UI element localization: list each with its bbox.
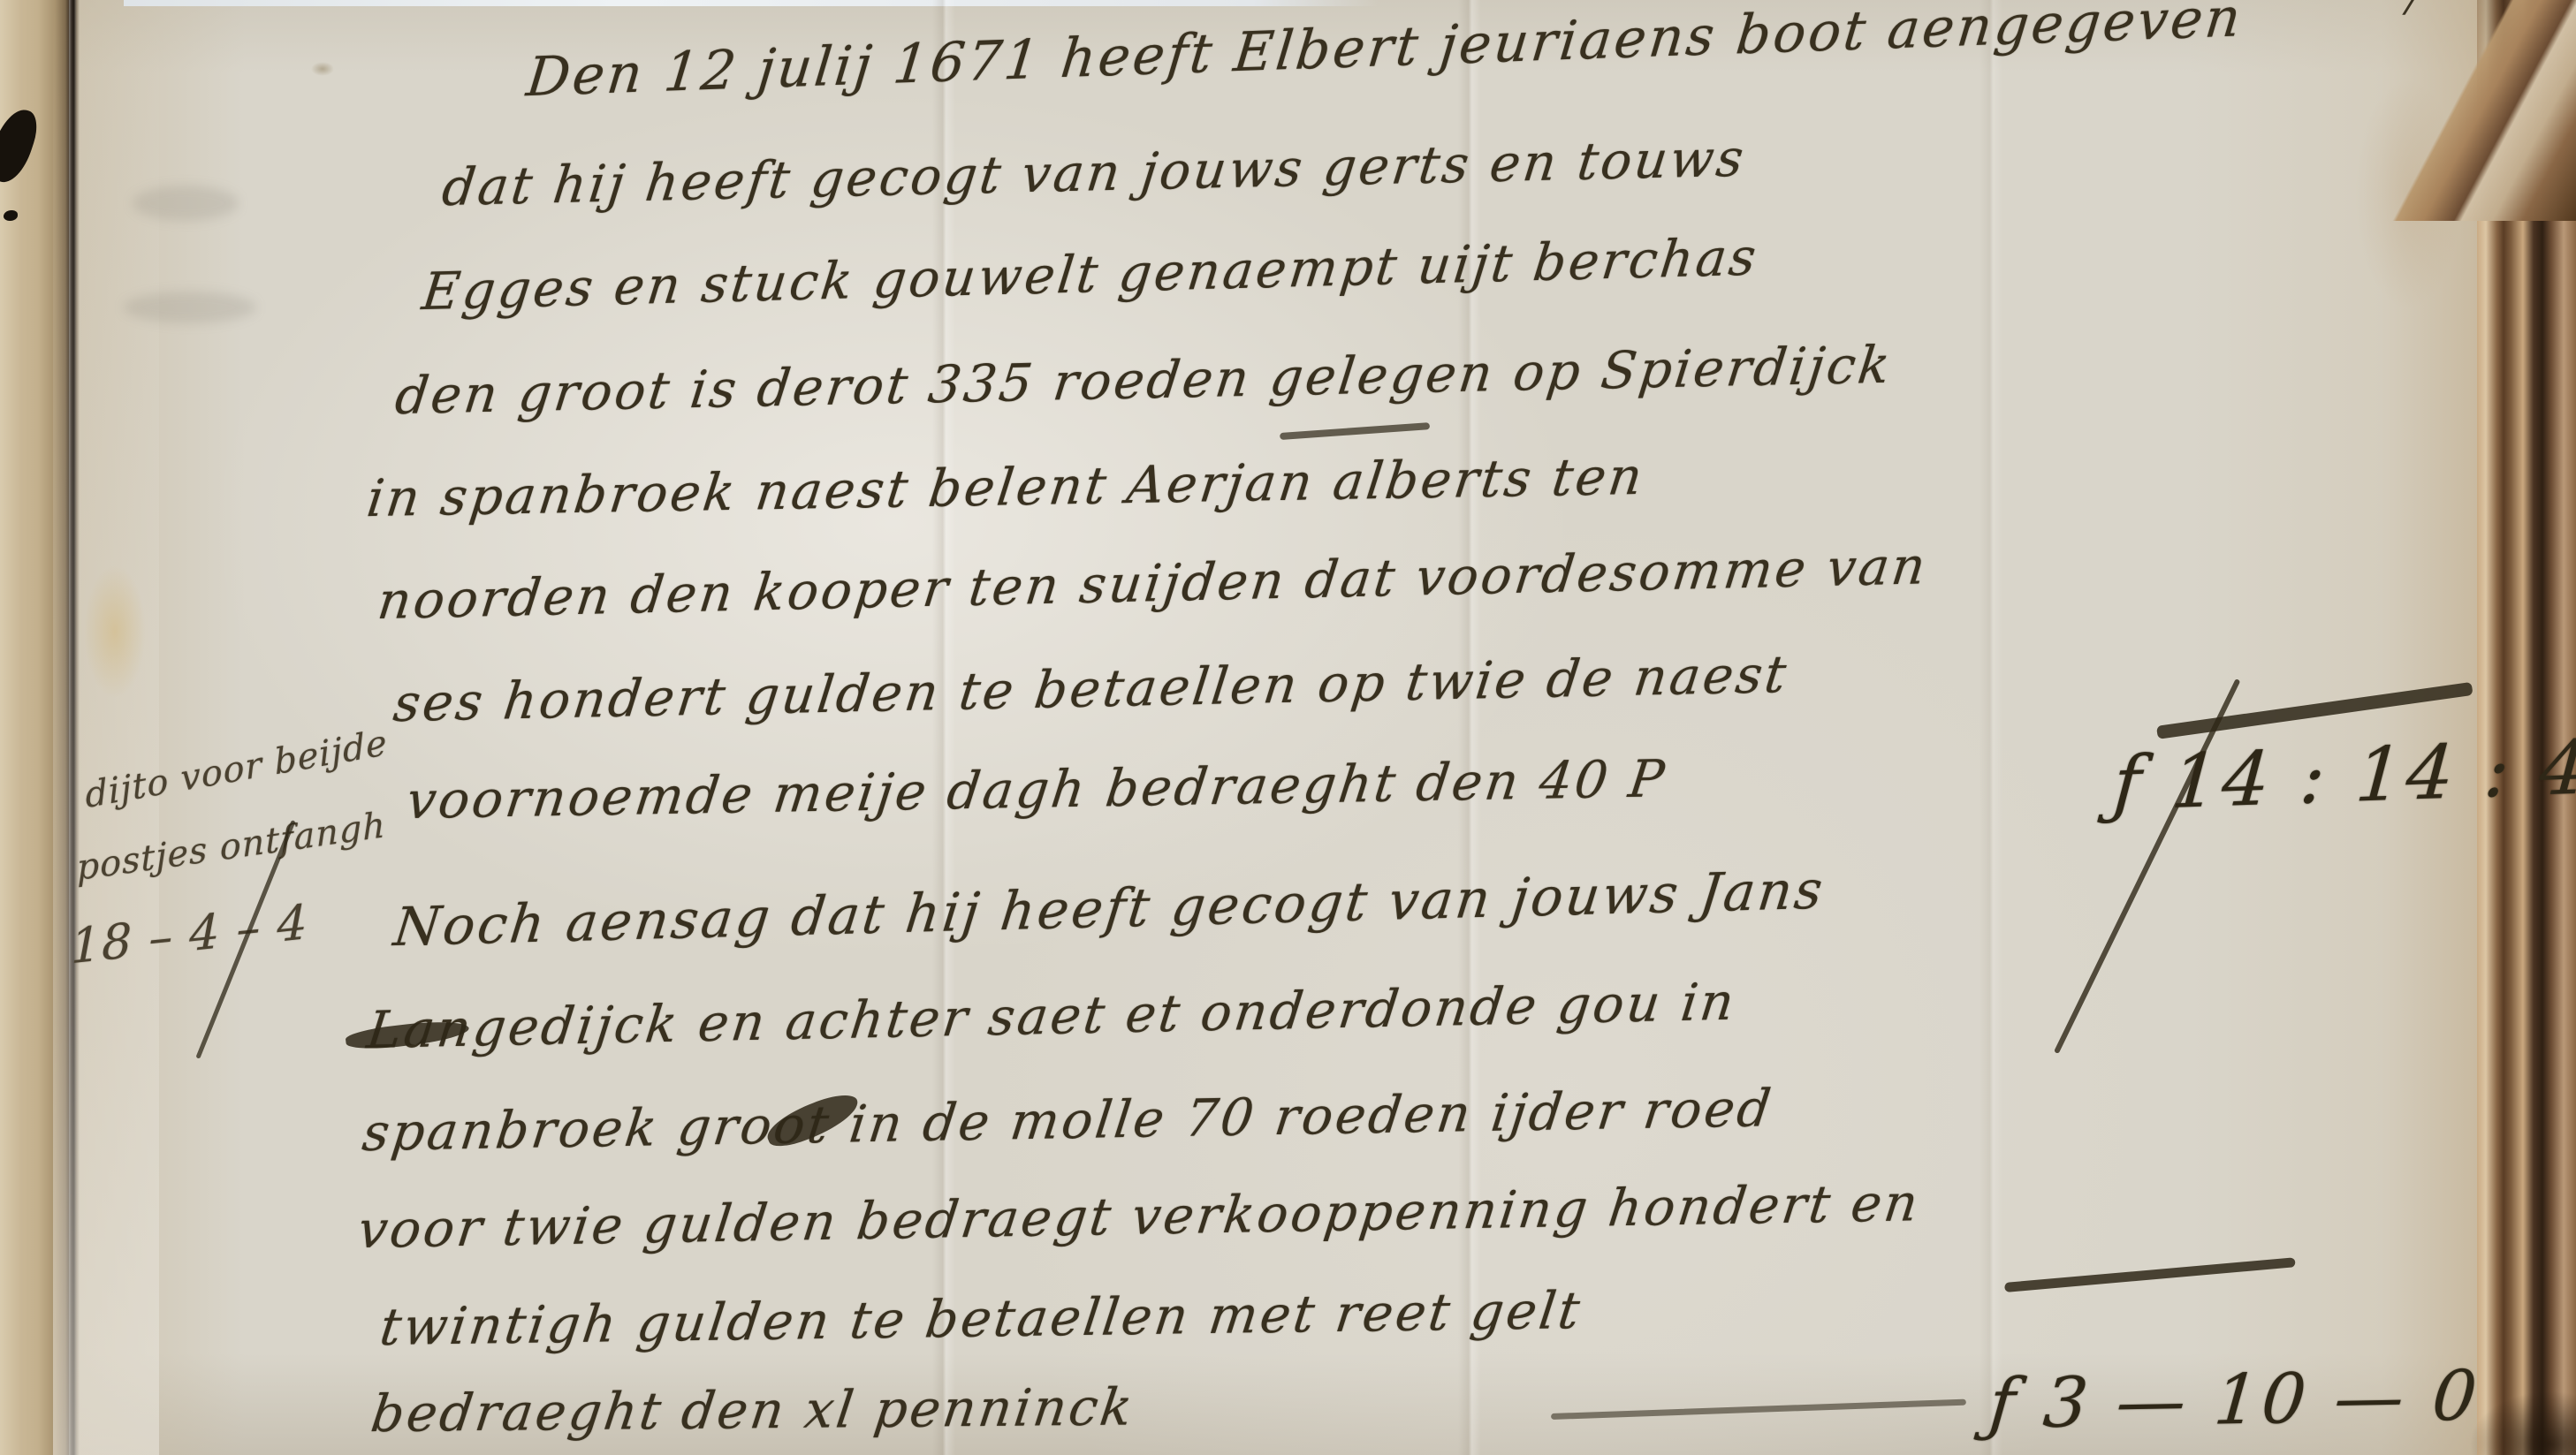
ink-showthrough: [133, 186, 239, 221]
florin-symbol: ƒ: [2110, 739, 2147, 828]
photo-top-edge: [124, 0, 1379, 6]
ink-showthrough: [124, 292, 256, 323]
gutter-shadow: [53, 0, 159, 1455]
manuscript-photo: 7 Den 12 julij 1671 heeft Elbert jeuriae…: [0, 0, 2576, 1455]
paper-stain: [311, 62, 334, 76]
amount-value: 14 : 14 : 4: [2169, 724, 2576, 825]
paper-crease: [1979, 0, 2002, 1455]
paper-stain: [84, 565, 146, 698]
amount-value: 3 — 10 — 0: [2040, 1356, 2483, 1444]
amount-first: ƒ 14 : 14 : 4: [2110, 724, 2576, 827]
paper-stain: [2355, 80, 2461, 309]
text-line: bedraeght den xl penninck: [368, 1376, 1138, 1444]
florin-symbol: ƒ: [1986, 1364, 2022, 1444]
page-number-fragment: 7: [2397, 0, 2422, 25]
amount-second: ƒ 3 — 10 — 0: [1986, 1356, 2483, 1444]
